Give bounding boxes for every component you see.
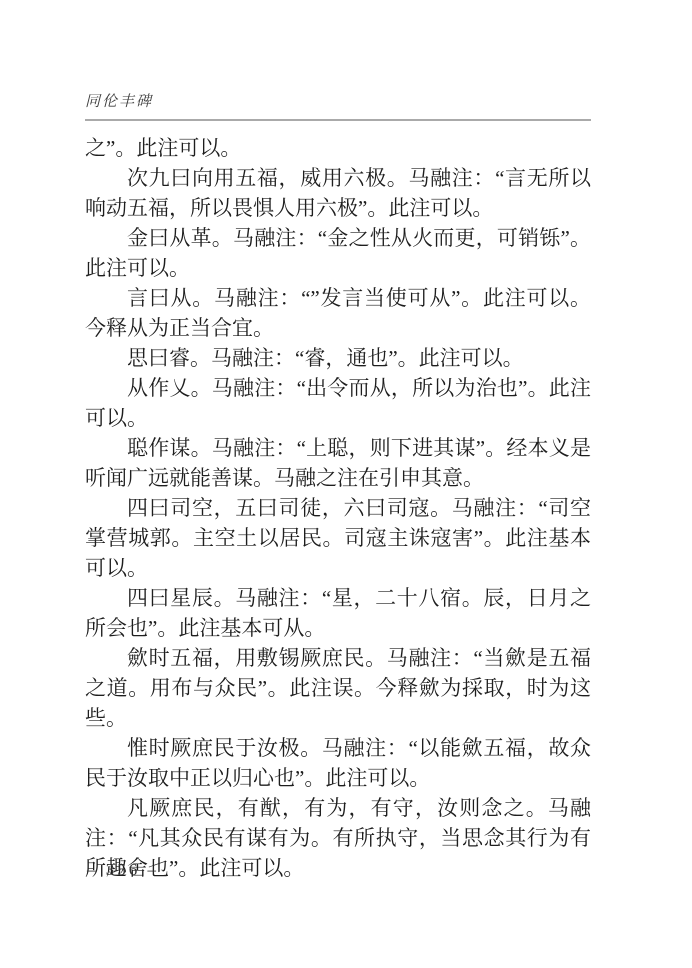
paragraph: 言曰从。马融注：“”发言当使可从”。此注可以。今释从为正当合宜。 [85,283,591,343]
paragraph: 四曰星辰。马融注：“星，二十八宿。辰，日月之所会也”。此注基本可从。 [85,583,591,643]
paragraph: 次九曰向用五福，威用六极。马融注：“言无所以响动五福，所以畏惧人用六极”。此注可… [85,163,591,223]
page-number: – 356 – [87,860,159,879]
page-footer: – 356 – [87,860,159,880]
paragraph: 凡厥庶民，有猷，有为，有守，汝则念之。马融注：“凡其众民有谋有为。有所执守，当思… [85,793,591,883]
paragraph: 从作乂。马融注：“出令而从，所以为治也”。此注可以。 [85,373,591,433]
page-header: 同伦丰碑 [85,92,591,121]
running-header-title: 同伦丰碑 [85,92,591,112]
book-page: 同伦丰碑 之”。此注可以。 次九曰向用五福，威用六极。马融注：“言无所以响动五福… [0,0,692,968]
paragraph: 四曰司空，五曰司徒，六曰司寇。马融注：“司空掌营城郭。主空土以居民。司寇主诛寇害… [85,493,591,583]
page-body: 之”。此注可以。 次九曰向用五福，威用六极。马融注：“言无所以响动五福，所以畏惧… [85,133,591,883]
paragraph: 之”。此注可以。 [85,133,591,163]
paragraph: 惟时厥庶民于汝极。马融注：“以能歛五福，故众民于汝取中正以归心也”。此注可以。 [85,733,591,793]
paragraph: 思曰睿。马融注：“睿，通也”。此注可以。 [85,343,591,373]
header-divider [85,119,591,121]
paragraph: 歛时五福，用敷锡厥庶民。马融注：“当歛是五福之道。用布与众民”。此注误。今释歛为… [85,643,591,733]
paragraph: 聪作谋。马融注：“上聪，则下进其谋”。经本义是听闻广远就能善谋。马融之注在引申其… [85,433,591,493]
paragraph: 金曰从革。马融注：“金之性从火而更，可销铄”。此注可以。 [85,223,591,283]
